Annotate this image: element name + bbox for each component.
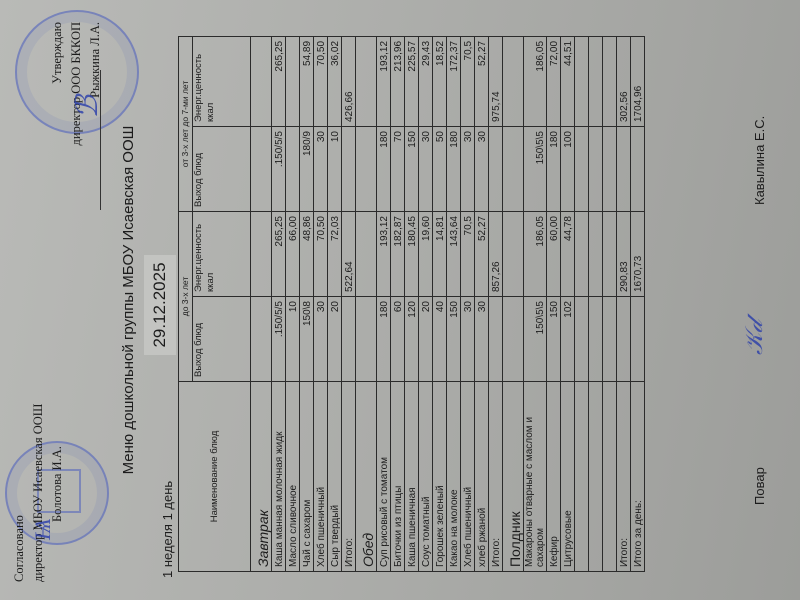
empty-cell bbox=[356, 127, 377, 212]
empty-cell bbox=[342, 127, 356, 212]
dish-name: Суп рисовый с томатом bbox=[377, 382, 391, 572]
section-total-age-1: 290,83 bbox=[617, 212, 631, 297]
dish-name: Макароны отварные с маслом и сахаром bbox=[524, 382, 547, 572]
menu-document: Утверждаю директор ООО БККОП Рыжкина Л.А… bbox=[0, 0, 800, 600]
yield-age-1: 60 bbox=[391, 297, 405, 382]
table-row: Чай с сахаром150\848,86180/954,89 bbox=[300, 36, 314, 571]
energy-age-2: 52,27 bbox=[475, 36, 489, 126]
page-title: Меню дошкольной группы МБОУ Исаевская ОО… bbox=[120, 0, 137, 600]
approval-signature: ℬ bbox=[70, 95, 105, 119]
section-row: Завтрак bbox=[251, 36, 272, 571]
section-title: Обед bbox=[356, 382, 377, 572]
yield-age-1: 180 bbox=[377, 297, 391, 382]
yield-age-2 bbox=[589, 127, 603, 212]
energy-age-1: 60,00 bbox=[547, 212, 561, 297]
day-total-age-1: 1670,73 bbox=[631, 212, 645, 297]
energy-age-2: 70,5 bbox=[461, 36, 475, 126]
dish-name: хлеб ржаной bbox=[475, 382, 489, 572]
cook-label: Повар bbox=[752, 467, 767, 505]
energy-age-2: 54,89 bbox=[300, 36, 314, 126]
cook-signature: 𝒦𝒹 bbox=[740, 321, 768, 355]
yield-age-1: 20 bbox=[328, 297, 342, 382]
energy-age-1: 44,78 bbox=[561, 212, 575, 297]
energy-age-1: 52,27 bbox=[475, 212, 489, 297]
energy-age-2: 18,52 bbox=[433, 36, 447, 126]
section-title: Полдник bbox=[503, 382, 524, 572]
empty-cell bbox=[251, 297, 272, 382]
approval-signature-line bbox=[100, 70, 101, 210]
energy-age-1: 14,81 bbox=[433, 212, 447, 297]
menu-table: Наименование блюд до 3-х лет от 3-х лет … bbox=[178, 36, 645, 572]
yield-age-1: 30 bbox=[461, 297, 475, 382]
dish-name: Хлеб пшеничный bbox=[314, 382, 328, 572]
empty-cell bbox=[356, 36, 377, 126]
section-total-age-1: 522,64 bbox=[342, 212, 356, 297]
agreement-line-2: директор МБОУ Исаевская ООШ bbox=[29, 332, 48, 582]
header-energy-1: Энерг.ценность ккал bbox=[193, 212, 251, 297]
table-row: Какао на молоке150143,64180172,37 bbox=[447, 36, 461, 571]
yield-age-1: 150 bbox=[447, 297, 461, 382]
table-row bbox=[603, 36, 617, 571]
table-row bbox=[589, 36, 603, 571]
table-row: хлеб ржаной3052,273052,27 bbox=[475, 36, 489, 571]
yield-age-2: 30 bbox=[419, 127, 433, 212]
yield-age-2: 10 bbox=[328, 127, 342, 212]
approval-line-2: директор ООО БККОП bbox=[67, 22, 86, 232]
energy-age-2: 70,50 bbox=[314, 36, 328, 126]
energy-age-1: 48,86 bbox=[300, 212, 314, 297]
header-yield-2: Выход блюд bbox=[193, 127, 251, 212]
yield-age-1: 102 bbox=[561, 297, 575, 382]
empty-cell bbox=[251, 36, 272, 126]
energy-age-1: 193,12 bbox=[377, 212, 391, 297]
dish-name: Чай с сахаром bbox=[300, 382, 314, 572]
dish-name: Хлеб пшеничный bbox=[461, 382, 475, 572]
yield-age-2: 180 bbox=[377, 127, 391, 212]
energy-age-1: 182,87 bbox=[391, 212, 405, 297]
dish-name: Соус томатный bbox=[419, 382, 433, 572]
energy-age-1: 180,45 bbox=[405, 212, 419, 297]
section-row: Полдник bbox=[503, 36, 524, 571]
empty-cell bbox=[617, 127, 631, 212]
yield-age-2: 180 bbox=[547, 127, 561, 212]
empty-cell bbox=[251, 212, 272, 297]
table-row: Каша манная молочная жидк.150/5/5265,25.… bbox=[272, 36, 286, 571]
approval-block: Утверждаю директор ООО БККОП Рыжкина Л.А… bbox=[48, 22, 105, 232]
energy-age-2: 213,96 bbox=[391, 36, 405, 126]
yield-age-2: 50 bbox=[433, 127, 447, 212]
table-row: Каша пшеничная120180,45150225,57 bbox=[405, 36, 419, 571]
energy-age-1: 72,03 bbox=[328, 212, 342, 297]
table-row: Суп рисовый с томатом180193,12180193,12 bbox=[377, 36, 391, 571]
energy-age-2: 72,00 bbox=[547, 36, 561, 126]
empty-cell bbox=[503, 212, 524, 297]
yield-age-2: 30 bbox=[314, 127, 328, 212]
energy-age-2: 186,05 bbox=[524, 36, 547, 126]
yield-age-2: 150 bbox=[405, 127, 419, 212]
yield-age-1: 30 bbox=[475, 297, 489, 382]
empty-cell bbox=[489, 127, 503, 212]
empty-cell bbox=[503, 36, 524, 126]
energy-age-1: 19,60 bbox=[419, 212, 433, 297]
yield-age-2: 30 bbox=[475, 127, 489, 212]
yield-age-1: 10 bbox=[286, 297, 300, 382]
table-row: Хлеб пшеничный3070,503070,50 bbox=[314, 36, 328, 571]
empty-cell bbox=[489, 297, 503, 382]
table-row: Биточки из птицы60182,8770213,96 bbox=[391, 36, 405, 571]
menu-date: 29.12.2025 bbox=[144, 255, 176, 355]
yield-age-1: .150/5/5 bbox=[272, 297, 286, 382]
header-energy-2: Энерг.ценность ккал bbox=[193, 36, 251, 126]
total-label: Итого: bbox=[489, 382, 503, 572]
yield-age-2 bbox=[603, 127, 617, 212]
dish-name bbox=[603, 382, 617, 572]
dish-name: Цитрусовые bbox=[561, 382, 575, 572]
section-total-row: Итого:857,26975,74 bbox=[489, 36, 503, 571]
energy-age-1: 66,00 bbox=[286, 212, 300, 297]
empty-cell bbox=[251, 127, 272, 212]
dish-name: Какао на молоке bbox=[447, 382, 461, 572]
energy-age-2: 265,25 bbox=[272, 36, 286, 126]
empty-cell bbox=[631, 127, 645, 212]
energy-age-1: 265,25 bbox=[272, 212, 286, 297]
dish-name: Горошек зеленый bbox=[433, 382, 447, 572]
energy-age-2: 193,12 bbox=[377, 36, 391, 126]
yield-age-1 bbox=[575, 297, 589, 382]
empty-cell bbox=[503, 127, 524, 212]
energy-age-2 bbox=[589, 36, 603, 126]
day-total-age-2: 1704,96 bbox=[631, 36, 645, 126]
day-total-label: Итого за день: bbox=[631, 382, 645, 572]
energy-age-2: 29,43 bbox=[419, 36, 433, 126]
total-label: Итого: bbox=[617, 382, 631, 572]
yield-age-1: 40 bbox=[433, 297, 447, 382]
table-row: Хлеб пшеничный3070,53070,5 bbox=[461, 36, 475, 571]
cook-name: Кавылина Е.С. bbox=[752, 116, 767, 205]
yield-age-1: 150 bbox=[547, 297, 561, 382]
energy-age-1 bbox=[575, 212, 589, 297]
dish-name: Сыр твердый bbox=[328, 382, 342, 572]
dish-name: Кефир bbox=[547, 382, 561, 572]
yield-age-1: 120 bbox=[405, 297, 419, 382]
header-age-group-2: от 3-х лет до 7-ми лет bbox=[179, 36, 193, 211]
dish-name: Масло сливочное bbox=[286, 382, 300, 572]
energy-age-1: 143,64 bbox=[447, 212, 461, 297]
energy-age-1: 186,05 bbox=[524, 212, 547, 297]
header-yield-1: Выход блюд bbox=[193, 297, 251, 382]
yield-age-1 bbox=[589, 297, 603, 382]
approval-line-3: Рыжкина Л.А. bbox=[86, 22, 105, 232]
empty-cell bbox=[342, 297, 356, 382]
table-row: Масло сливочное1066,00 bbox=[286, 36, 300, 571]
agreement-signature: Ѩ bbox=[30, 518, 56, 540]
section-total-age-2: 975,74 bbox=[489, 36, 503, 126]
empty-cell bbox=[631, 297, 645, 382]
dish-name: Каша манная молочная жидк bbox=[272, 382, 286, 572]
header-dish-name: Наименование блюд bbox=[179, 382, 251, 572]
energy-age-2 bbox=[603, 36, 617, 126]
section-total-age-1: 857,26 bbox=[489, 212, 503, 297]
table-row: Макароны отварные с маслом и сахаром150\… bbox=[524, 36, 547, 571]
energy-age-2: 225,57 bbox=[405, 36, 419, 126]
header-age-group-1: до 3-х лет bbox=[179, 212, 193, 382]
day-total-row: Итого за день:1670,731704,96 bbox=[631, 36, 645, 571]
energy-age-2: 172,37 bbox=[447, 36, 461, 126]
agreement-line-3: Болотова И.А. bbox=[48, 332, 67, 582]
yield-age-2: .150/5/5 bbox=[272, 127, 286, 212]
yield-age-2: 30 bbox=[461, 127, 475, 212]
yield-age-1: 150\8 bbox=[300, 297, 314, 382]
energy-age-2 bbox=[286, 36, 300, 126]
table-row: Горошек зеленый4014,815018,52 bbox=[433, 36, 447, 571]
dish-name: Биточки из птицы bbox=[391, 382, 405, 572]
yield-age-2: 70 bbox=[391, 127, 405, 212]
yield-age-1: 20 bbox=[419, 297, 433, 382]
section-row: Обед bbox=[356, 36, 377, 571]
section-total-row: Итого:522,64426,66 bbox=[342, 36, 356, 571]
empty-cell bbox=[503, 297, 524, 382]
agreement-block: Согласовано директор МБОУ Исаевская ООШ … bbox=[10, 332, 67, 582]
section-total-age-2: 302,56 bbox=[617, 36, 631, 126]
empty-cell bbox=[356, 297, 377, 382]
section-total-age-2: 426,66 bbox=[342, 36, 356, 126]
yield-age-2: 150\5\5 bbox=[524, 127, 547, 212]
dish-name: Каша пшеничная bbox=[405, 382, 419, 572]
approval-line-1: Утверждаю bbox=[48, 22, 67, 232]
energy-age-1 bbox=[603, 212, 617, 297]
yield-age-1 bbox=[603, 297, 617, 382]
week-label: 1 неделя 1 день bbox=[160, 481, 175, 578]
empty-cell bbox=[617, 297, 631, 382]
energy-age-1 bbox=[589, 212, 603, 297]
energy-age-2 bbox=[575, 36, 589, 126]
dish-name bbox=[575, 382, 589, 572]
yield-age-2 bbox=[575, 127, 589, 212]
empty-cell bbox=[356, 212, 377, 297]
energy-age-1: 70,50 bbox=[314, 212, 328, 297]
table-row: Соус томатный2019,603029,43 bbox=[419, 36, 433, 571]
energy-age-2: 44,51 bbox=[561, 36, 575, 126]
energy-age-2: 36,02 bbox=[328, 36, 342, 126]
yield-age-2: 100 bbox=[561, 127, 575, 212]
yield-age-1: 150\5\5 bbox=[524, 297, 547, 382]
table-row: Цитрусовые10244,7810044,51 bbox=[561, 36, 575, 571]
table-row bbox=[575, 36, 589, 571]
agreement-line-1: Согласовано bbox=[10, 332, 29, 582]
total-label: Итого: bbox=[342, 382, 356, 572]
table-row: Кефир15060,0018072,00 bbox=[547, 36, 561, 571]
section-title: Завтрак bbox=[251, 382, 272, 572]
yield-age-2 bbox=[286, 127, 300, 212]
energy-age-1: 70,5 bbox=[461, 212, 475, 297]
yield-age-2: 180/9 bbox=[300, 127, 314, 212]
dish-name bbox=[589, 382, 603, 572]
yield-age-1: 30 bbox=[314, 297, 328, 382]
table-row: Сыр твердый2072,031036,02 bbox=[328, 36, 342, 571]
yield-age-2: 180 bbox=[447, 127, 461, 212]
section-total-row: Итого:290,83302,56 bbox=[617, 36, 631, 571]
